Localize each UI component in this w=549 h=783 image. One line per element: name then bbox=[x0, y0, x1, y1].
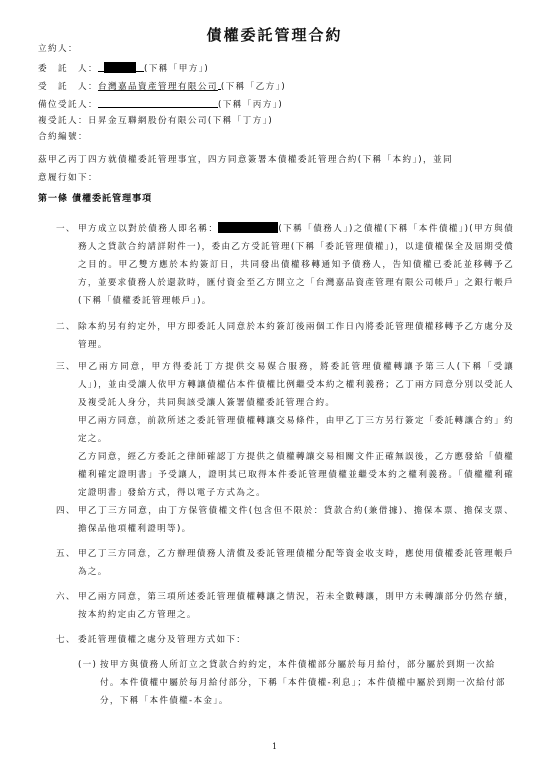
trustee-label: 受 託 人： bbox=[38, 82, 98, 92]
sub-trustee-suffix: (下稱「丁方」) bbox=[208, 116, 273, 126]
page-number: 1 bbox=[0, 742, 549, 751]
sub-trustee-label: 複受託人： bbox=[38, 116, 88, 126]
clause-2: 二、 除本約另有約定外，甲方即委託人同意於本約簽訂後兩個工作日內將委託管理債權移… bbox=[56, 318, 514, 354]
sub-trustee-line: 複受託人：日昇金互聯網股份有限公司(下稱「丁方」) bbox=[38, 115, 273, 127]
contract-number-label: 合約編號： bbox=[38, 131, 88, 143]
clause-7: 七、 委託管理債權之處分及管理方式如下： bbox=[56, 631, 514, 649]
backup-trustee-label: 備位受託人： bbox=[38, 100, 98, 110]
principal-line: 委 託 人：(下稱「甲方」) bbox=[38, 61, 209, 75]
clause-1: 一、 甲方成立以對於債務人即名稱：(下稱「債務人」)之債權(下稱「本件債權」)(… bbox=[56, 220, 514, 310]
document-page: 債權委託管理合約 立約人： 委 託 人：(下稱「甲方」) 受 託 人：台灣嘉品資… bbox=[0, 0, 549, 783]
sub-trustee-name: 日昇金互聯網股份有限公司 bbox=[88, 116, 208, 126]
principal-suffix: (下稱「甲方」) bbox=[144, 64, 209, 74]
document-title: 債權委託管理合約 bbox=[0, 24, 549, 45]
clause-3: 三、 甲乙兩方同意，甲方得委託丁方提供交易媒合服務，將委託管理債權轉讓予第三人(… bbox=[56, 358, 514, 502]
trustee-name: 台灣嘉品資產管理有限公司 bbox=[98, 82, 218, 92]
preamble-line-1: 茲甲乙丙丁四方就債權委託管理事宜，四方同意簽署本債權委託管理合約(下稱「本約」)… bbox=[38, 154, 453, 166]
clause-5: 五、 甲乙丁三方同意，乙方辦理債務人清償及委託管理債權分配等資金收支時，應使用債… bbox=[56, 545, 514, 581]
principal-label: 委 託 人： bbox=[38, 64, 98, 74]
redacted-debtor-name bbox=[218, 222, 278, 233]
article-1-heading: 第一條 債權委託管理事項 bbox=[38, 191, 152, 204]
trustee-suffix: (下稱「乙方」) bbox=[221, 82, 286, 92]
parties-header: 立約人： bbox=[38, 43, 78, 55]
backup-trustee-suffix: (下稱「丙方」) bbox=[218, 100, 283, 110]
preamble-line-2: 意履行如下： bbox=[38, 172, 98, 184]
backup-trustee-blank bbox=[98, 97, 218, 108]
redacted-principal-name bbox=[104, 62, 136, 73]
clause-7-sub-1: (一) 按甲方與債務人所訂立之貸款合約約定，本件債權部分屬於每月給付，部分屬於到… bbox=[78, 656, 514, 710]
trustee-line: 受 託 人：台灣嘉品資產管理有限公司(下稱「乙方」) bbox=[38, 79, 286, 93]
clause-4: 四、 甲乙丁三方同意，由丁方保管債權文件(包含但不限於：貸款合約(兼借據)、擔保… bbox=[56, 502, 514, 538]
clause-6: 六、 甲乙兩方同意，第三項所述委託管理債權轉讓之情況，若未全數轉讓，則甲方未轉讓… bbox=[56, 588, 514, 624]
backup-trustee-line: 備位受託人：(下稱「丙方」) bbox=[38, 97, 283, 111]
